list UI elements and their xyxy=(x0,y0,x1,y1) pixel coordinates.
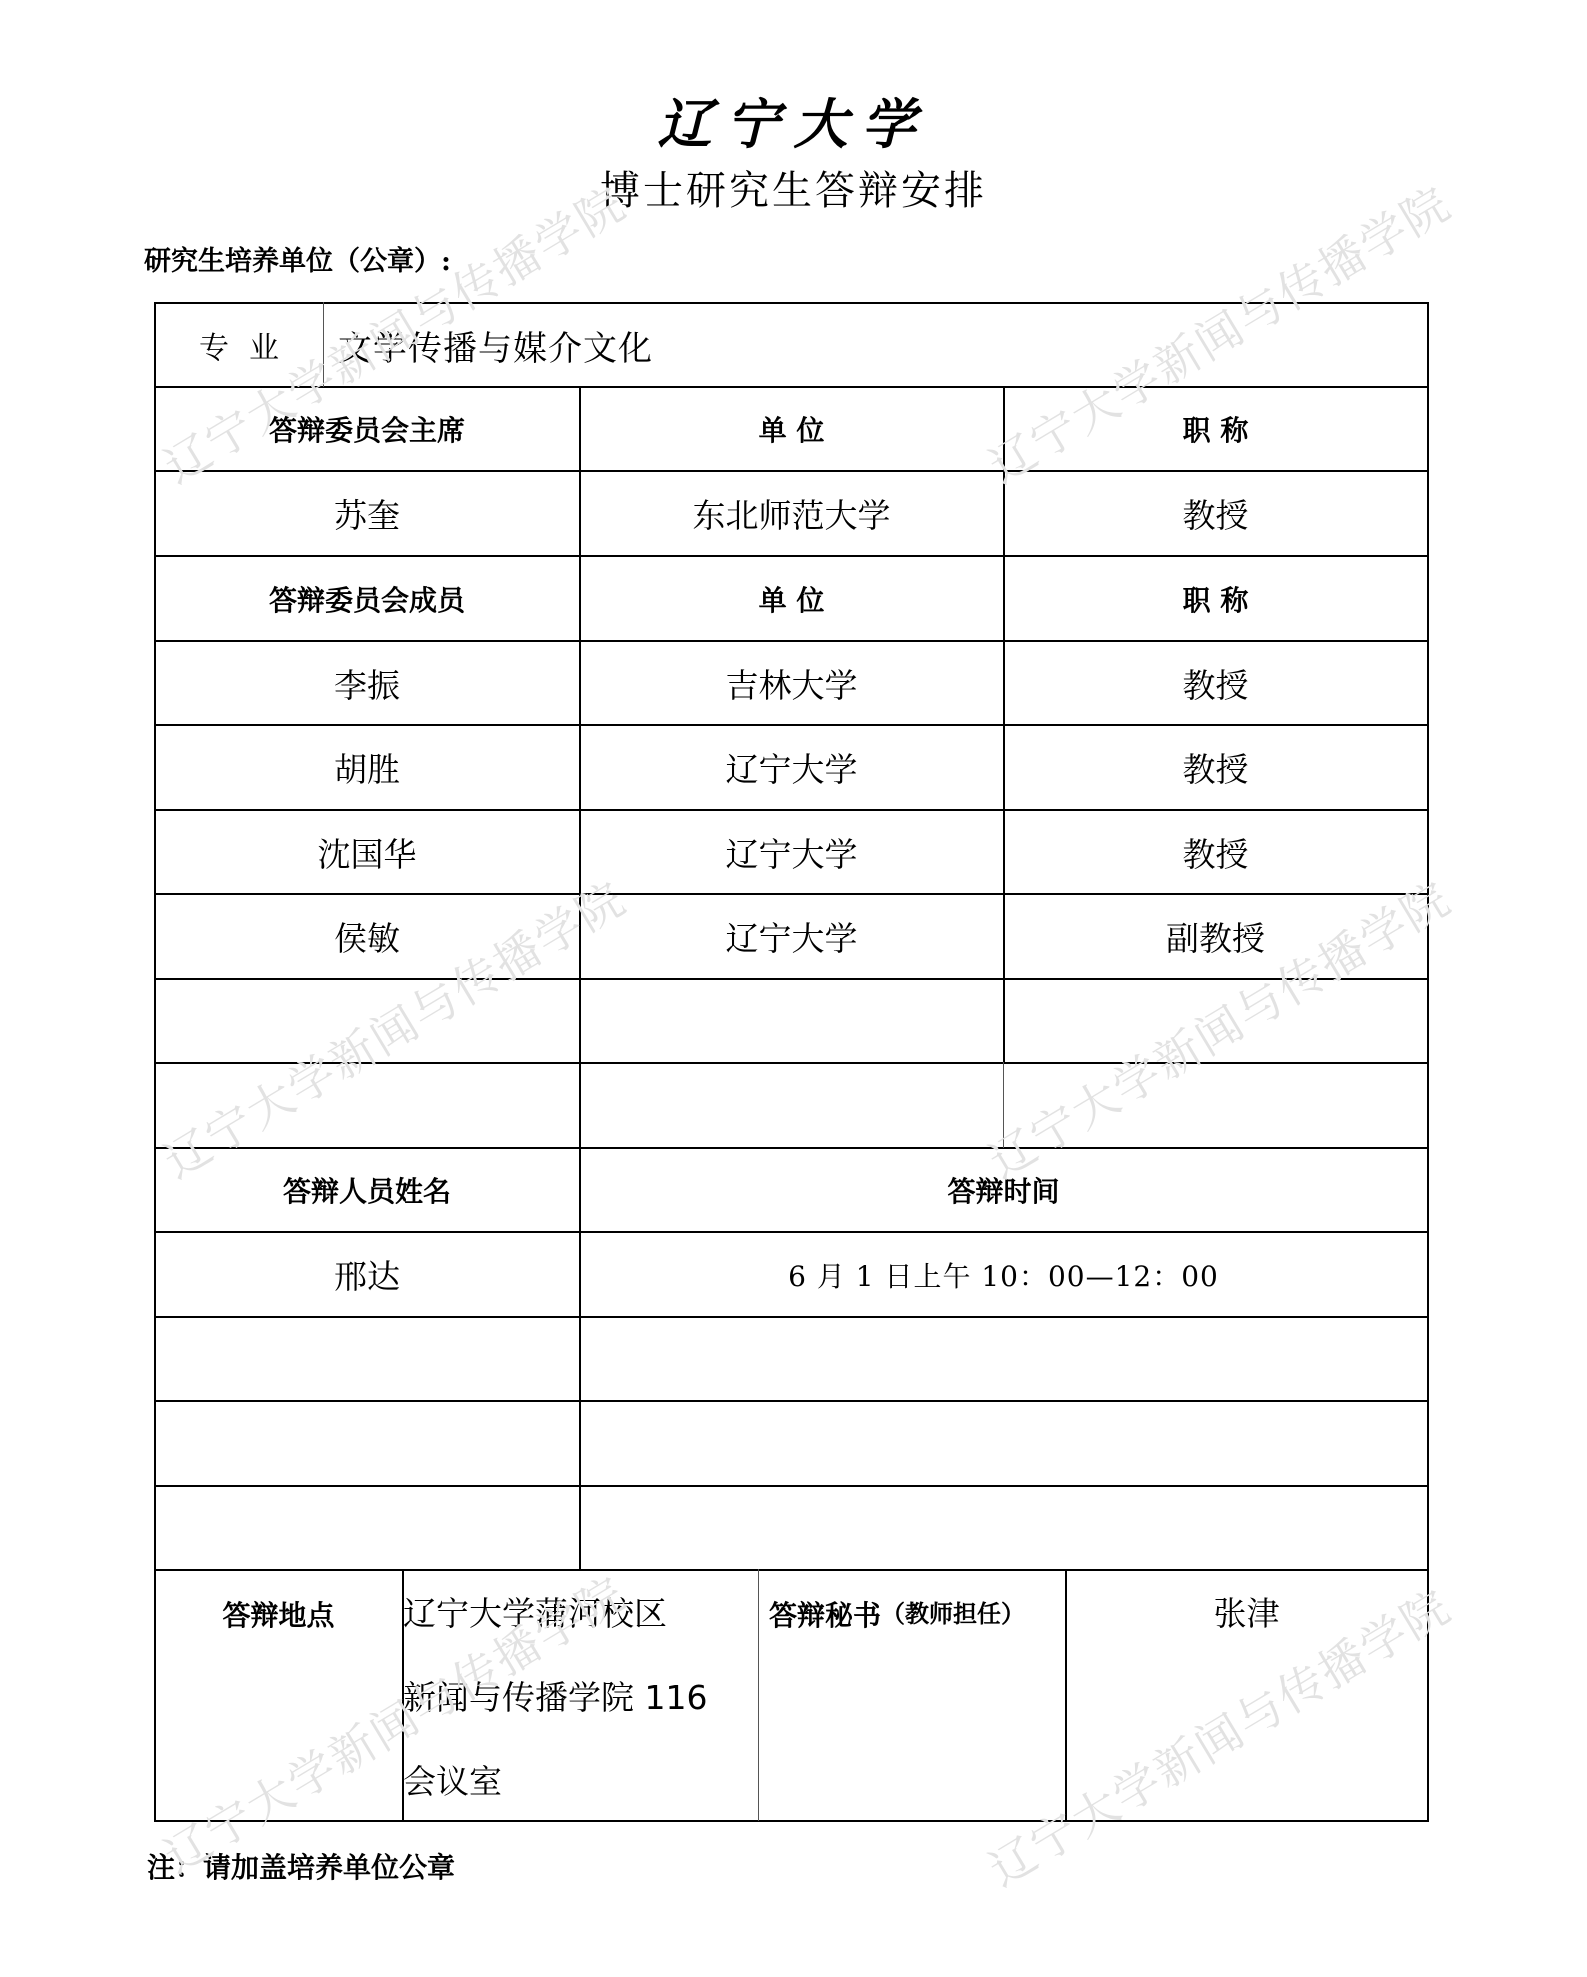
chair-title: 教授 xyxy=(1004,471,1427,556)
table-border-right xyxy=(1427,302,1429,1822)
training-unit-label: 研究生培养单位（公章）: xyxy=(144,244,451,280)
location-line: 新闻与传播学院 116 xyxy=(403,1656,707,1740)
major-label: 专业 xyxy=(155,303,323,387)
defense-time-header: 答辩时间 xyxy=(580,1148,1427,1232)
member-name: 李振 xyxy=(155,641,579,725)
title-header: 职 称 xyxy=(1004,387,1427,471)
candidate-name: 邢达 xyxy=(155,1232,579,1317)
page-title: 博士研究生答辩安排 xyxy=(0,166,1587,216)
member-name: 侯敏 xyxy=(155,894,579,979)
member-unit[interactable] xyxy=(580,979,1003,1063)
defense-time[interactable] xyxy=(580,1317,1427,1401)
member-title: 教授 xyxy=(1004,641,1427,725)
member-name: 沈国华 xyxy=(155,810,579,894)
defense-time: 6 月 1 日上午 10：00—12：00 xyxy=(580,1232,1427,1317)
member-title: 副教授 xyxy=(1004,894,1427,979)
unit-header: 单 位 xyxy=(580,387,1003,471)
location-line: 辽宁大学蒲河校区 xyxy=(403,1572,667,1656)
member-unit: 吉林大学 xyxy=(580,641,1003,725)
member-unit: 辽宁大学 xyxy=(580,810,1003,894)
member-title: 教授 xyxy=(1004,810,1427,894)
secretary-note: （教师担任） xyxy=(881,1594,1025,1629)
title-header: 职 称 xyxy=(1004,556,1427,641)
location-line: 会议室 xyxy=(403,1740,502,1824)
defense-time[interactable] xyxy=(580,1486,1427,1570)
chair-header: 答辩委员会主席 xyxy=(155,387,579,471)
defense-time[interactable] xyxy=(580,1401,1427,1486)
candidate-name[interactable] xyxy=(155,1317,579,1401)
member-title[interactable] xyxy=(1004,979,1427,1063)
university-title: 辽宁大学 xyxy=(0,92,1587,156)
footnote: 注：请加盖培养单位公章 xyxy=(147,1850,455,1886)
candidate-name-header: 答辩人员姓名 xyxy=(155,1148,579,1232)
member-name[interactable] xyxy=(155,979,579,1063)
chair-unit: 东北师范大学 xyxy=(580,471,1003,556)
unit-header: 单 位 xyxy=(580,556,1003,641)
major-value: 文学传播与媒介文化 xyxy=(324,303,1427,387)
candidate-name[interactable] xyxy=(155,1486,579,1570)
secretary-label: 答辩秘书（教师担任） xyxy=(759,1570,1065,1821)
member-unit: 辽宁大学 xyxy=(580,894,1003,979)
member-name[interactable] xyxy=(155,1063,579,1148)
chair-name: 苏奎 xyxy=(155,471,579,556)
secretary-label-text: 答辩秘书 xyxy=(769,1594,881,1634)
member-name: 胡胜 xyxy=(155,725,579,810)
location-label: 答辩地点 xyxy=(155,1570,402,1821)
member-unit: 辽宁大学 xyxy=(580,725,1003,810)
member-unit[interactable] xyxy=(580,1063,1003,1148)
candidate-name[interactable] xyxy=(155,1401,579,1486)
members-header: 答辩委员会成员 xyxy=(155,556,579,641)
member-title[interactable] xyxy=(1004,1063,1427,1148)
location-value: 辽宁大学蒲河校区 新闻与传播学院 116 会议室 xyxy=(403,1570,758,1821)
member-title: 教授 xyxy=(1004,725,1427,810)
secretary-name: 张津 xyxy=(1066,1570,1427,1821)
